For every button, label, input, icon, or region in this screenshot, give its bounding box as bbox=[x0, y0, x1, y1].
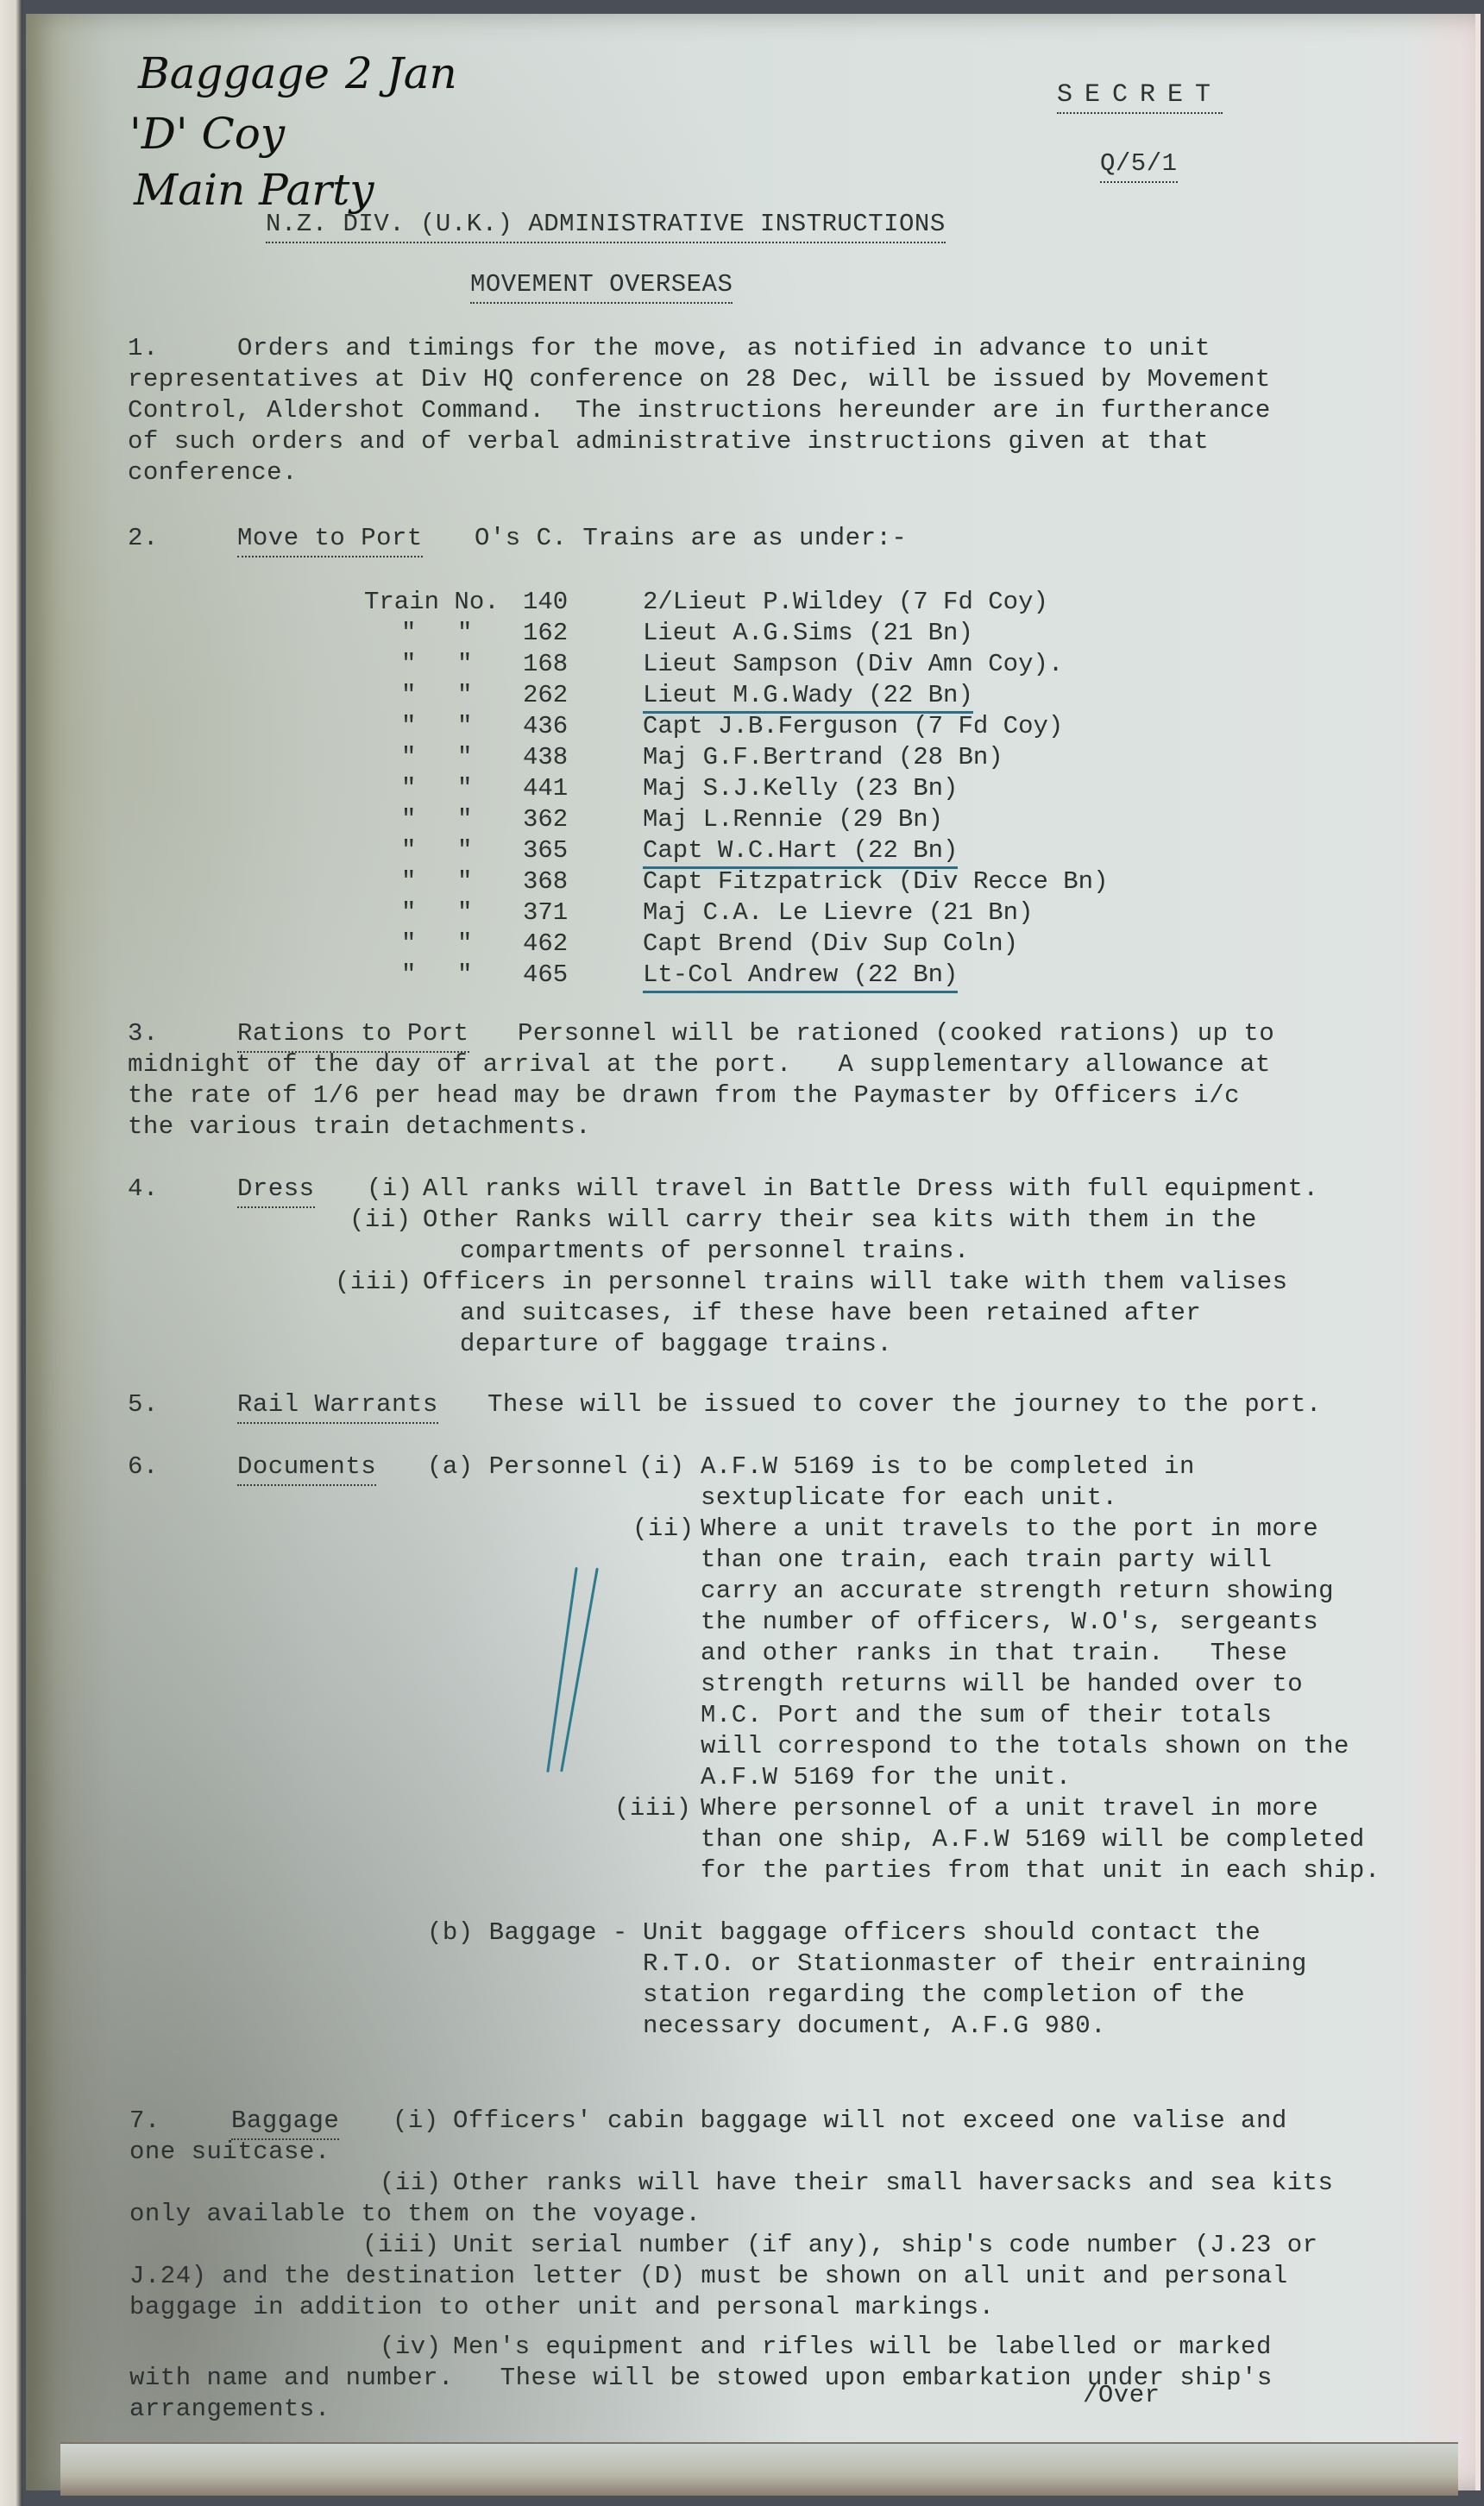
dress-item-line: and suitcases, if these have been retain… bbox=[460, 1298, 1201, 1329]
ditto-mark: " bbox=[457, 773, 472, 804]
dress-item-line: All ranks will travel in Battle Dress wi… bbox=[423, 1174, 1318, 1205]
train-officer: 2/Lieut P.Wildey (7 Fd Coy) bbox=[643, 587, 1048, 618]
section-3-line: midnight of the day of arrival at the po… bbox=[128, 1049, 1271, 1080]
section-5-heading: Rail Warrants bbox=[237, 1389, 438, 1424]
dress-item-line: Officers in personnel trains will take w… bbox=[423, 1267, 1288, 1298]
documents-item-line: will correspond to the totals shown on t… bbox=[701, 1731, 1349, 1762]
train-number: 365 bbox=[523, 835, 568, 866]
section-3-heading: Rations to Port bbox=[237, 1018, 469, 1053]
documents-item-line: and other ranks in that train. These bbox=[701, 1638, 1287, 1669]
dress-item-label: (i) bbox=[367, 1174, 413, 1205]
documents-item-line: Where a unit travels to the port in more bbox=[701, 1514, 1318, 1545]
ditto-mark: " bbox=[457, 866, 472, 897]
train-number: 368 bbox=[523, 866, 568, 897]
section-1-line: conference. bbox=[128, 457, 298, 488]
handwritten-baggage: Baggage bbox=[138, 52, 330, 95]
train-officer-underlined: Capt W.C.Hart (22 Bn) bbox=[643, 835, 958, 869]
ditto-mark: " bbox=[457, 929, 472, 960]
section-5-text: These will be issued to cover the journe… bbox=[487, 1389, 1322, 1420]
dress-item-line: Other Ranks will carry their sea kits wi… bbox=[423, 1205, 1257, 1236]
train-number: 371 bbox=[523, 897, 568, 929]
documents-item-line: Where personnel of a unit travel in more bbox=[701, 1793, 1318, 1824]
documents-item-line: for the parties from that unit in each s… bbox=[701, 1855, 1380, 1886]
train-number: 436 bbox=[523, 711, 568, 742]
continuation-marker: /Over bbox=[1083, 2380, 1160, 2411]
baggage-item-line: Officers' cabin baggage will not exceed … bbox=[453, 2106, 1287, 2137]
train-number: 140 bbox=[523, 587, 568, 618]
documents-baggage-line: necessary document, A.F.G 980. bbox=[643, 2011, 1106, 2042]
documents-baggage-line: station regarding the completion of the bbox=[643, 1980, 1245, 2011]
documents-item-line: A.F.W 5169 is to be completed in bbox=[701, 1451, 1195, 1483]
handwritten-date: 2 Jan bbox=[345, 52, 457, 95]
section-2-number: 2. bbox=[128, 523, 159, 554]
ditto-mark: " bbox=[401, 649, 416, 680]
baggage-item-line: Men's equipment and rifles will be label… bbox=[453, 2332, 1272, 2363]
section-3-line: Personnel will be rationed (cooked ratio… bbox=[518, 1018, 1274, 1049]
documents-item-label: (ii) bbox=[632, 1514, 695, 1545]
ditto-mark: " bbox=[457, 649, 472, 680]
ditto-mark: " bbox=[401, 897, 416, 929]
baggage-item-line: baggage in addition to other unit and pe… bbox=[129, 2292, 995, 2323]
section-4-number: 4. bbox=[128, 1174, 159, 1205]
handwritten-main-party: Main Party bbox=[134, 168, 374, 211]
documents-baggage-line: R.T.O. or Stationmaster of their entrain… bbox=[643, 1949, 1307, 1980]
section-7-number: 7. bbox=[129, 2106, 160, 2137]
train-officer-underlined: Lieut M.G.Wady (22 Bn) bbox=[643, 680, 973, 714]
ditto-mark: " bbox=[457, 960, 472, 991]
ditto-mark: " bbox=[457, 804, 472, 835]
train-number: 462 bbox=[523, 929, 568, 960]
documents-item-line: than one train, each train party will bbox=[701, 1545, 1272, 1576]
section-3-line: the various train detachments. bbox=[128, 1111, 591, 1143]
page-stack-edge bbox=[60, 2442, 1458, 2496]
train-number: 465 bbox=[523, 960, 568, 991]
dress-item-line: departure of baggage trains. bbox=[460, 1329, 892, 1360]
section-6-heading: Documents bbox=[237, 1451, 376, 1486]
ditto-mark: " bbox=[401, 804, 416, 835]
dress-item-label: (ii) bbox=[349, 1205, 412, 1236]
section-2-heading: Move to Port bbox=[237, 523, 423, 557]
section-7-heading: Baggage bbox=[231, 2106, 339, 2140]
baggage-item-label: (iv) bbox=[380, 2332, 442, 2363]
documents-item-line: the number of officers, W.O's, sergeants bbox=[701, 1607, 1318, 1638]
baggage-item-line: one suitcase. bbox=[129, 2137, 330, 2168]
section-4-heading: Dress bbox=[237, 1174, 315, 1208]
ditto-mark: " bbox=[401, 773, 416, 804]
train-number: 441 bbox=[523, 773, 568, 804]
document-title: N.Z. DIV. (U.K.) ADMINISTRATIVE INSTRUCT… bbox=[266, 209, 946, 243]
documents-item-line: strength returns will be handed over to bbox=[701, 1669, 1303, 1700]
train-officer: Maj S.J.Kelly (23 Bn) bbox=[643, 773, 958, 804]
train-officer: Capt J.B.Ferguson (7 Fd Coy) bbox=[643, 711, 1063, 742]
baggage-item-line: Unit serial number (if any), ship's code… bbox=[453, 2230, 1318, 2261]
ditto-mark: " bbox=[401, 711, 416, 742]
section-1-line: Orders and timings for the move, as noti… bbox=[237, 333, 1210, 364]
section-2-intro: O's C. Trains are as under:- bbox=[475, 523, 907, 554]
documents-item-line: sextuplicate for each unit. bbox=[701, 1483, 1117, 1514]
train-officer: Maj L.Rennie (29 Bn) bbox=[643, 804, 943, 835]
train-officer: Capt Fitzpatrick (Div Recce Bn) bbox=[643, 866, 1109, 897]
ditto-mark: " bbox=[401, 960, 416, 991]
section-3-line: the rate of 1/6 per head may be drawn fr… bbox=[128, 1080, 1240, 1111]
train-number: 438 bbox=[523, 742, 568, 773]
train-officer: Maj G.F.Bertrand (28 Bn) bbox=[643, 742, 1003, 773]
train-officer: Lieut A.G.Sims (21 Bn) bbox=[643, 618, 973, 649]
documents-item-line: carry an accurate strength return showin… bbox=[701, 1576, 1334, 1607]
section-5-number: 5. bbox=[128, 1389, 159, 1420]
baggage-item-line: arrangements. bbox=[129, 2394, 330, 2425]
documents-baggage-line: Unit baggage officers should contact the bbox=[643, 1917, 1261, 1949]
ditto-mark: " bbox=[457, 897, 472, 929]
documents-item-line: M.C. Port and the sum of their totals bbox=[701, 1700, 1272, 1731]
train-officer: Lieut Sampson (Div Amn Coy). bbox=[643, 649, 1063, 680]
documents-baggage-label: (b) Baggage - bbox=[427, 1917, 628, 1949]
section-3-number: 3. bbox=[128, 1018, 159, 1049]
dress-item-label: (iii) bbox=[335, 1267, 412, 1298]
dress-item-line: compartments of personnel trains. bbox=[460, 1236, 970, 1267]
baggage-item-label: (ii) bbox=[380, 2168, 442, 2199]
binder-edge bbox=[0, 0, 22, 2506]
section-6-number: 6. bbox=[128, 1451, 159, 1483]
train-label: Train No. bbox=[364, 587, 500, 618]
handwritten-coy: 'D' Coy bbox=[129, 112, 285, 155]
documents-item-label: (i) bbox=[638, 1451, 685, 1483]
ditto-mark: " bbox=[457, 835, 472, 866]
ditto-mark: " bbox=[457, 618, 472, 649]
documents-personnel-label: (a) Personnel bbox=[427, 1451, 628, 1483]
documents-item-line: than one ship, A.F.W 5169 will be comple… bbox=[701, 1824, 1365, 1855]
baggage-item-label: (i) bbox=[393, 2106, 439, 2137]
ditto-mark: " bbox=[401, 835, 416, 866]
baggage-item-label: (iii) bbox=[362, 2230, 440, 2261]
train-officer: Maj C.A. Le Lievre (21 Bn) bbox=[643, 897, 1033, 929]
section-1-number: 1. bbox=[128, 333, 159, 364]
baggage-item-line: Other ranks will have their small havers… bbox=[453, 2168, 1333, 2199]
ditto-mark: " bbox=[401, 680, 416, 711]
document-subtitle: MOVEMENT OVERSEAS bbox=[470, 269, 733, 304]
classification-marking: SECRET bbox=[1057, 79, 1223, 114]
section-1-line: Control, Aldershot Command. The instruct… bbox=[128, 395, 1271, 426]
reference-number: Q/5/1 bbox=[1100, 148, 1178, 183]
train-officer: Capt Brend (Div Sup Coln) bbox=[643, 929, 1018, 960]
section-1-line: representatives at Div HQ conference on … bbox=[128, 364, 1271, 395]
section-1-line: of such orders and of verbal administrat… bbox=[128, 426, 1209, 457]
baggage-item-line: J.24) and the destination letter (D) mus… bbox=[129, 2261, 1288, 2292]
ditto-mark: " bbox=[457, 742, 472, 773]
train-number: 162 bbox=[523, 618, 568, 649]
documents-item-label: (iii) bbox=[614, 1793, 692, 1824]
ditto-mark: " bbox=[401, 929, 416, 960]
ditto-mark: " bbox=[457, 711, 472, 742]
train-number: 262 bbox=[523, 680, 568, 711]
ditto-mark: " bbox=[457, 680, 472, 711]
train-number: 362 bbox=[523, 804, 568, 835]
baggage-item-line: only available to them on the voyage. bbox=[129, 2199, 701, 2230]
train-number: 168 bbox=[523, 649, 568, 680]
ditto-mark: " bbox=[401, 742, 416, 773]
ditto-mark: " bbox=[401, 618, 416, 649]
documents-item-line: A.F.W 5169 for the unit. bbox=[701, 1762, 1072, 1793]
train-officer-underlined: Lt-Col Andrew (22 Bn) bbox=[643, 960, 958, 993]
ditto-mark: " bbox=[401, 866, 416, 897]
